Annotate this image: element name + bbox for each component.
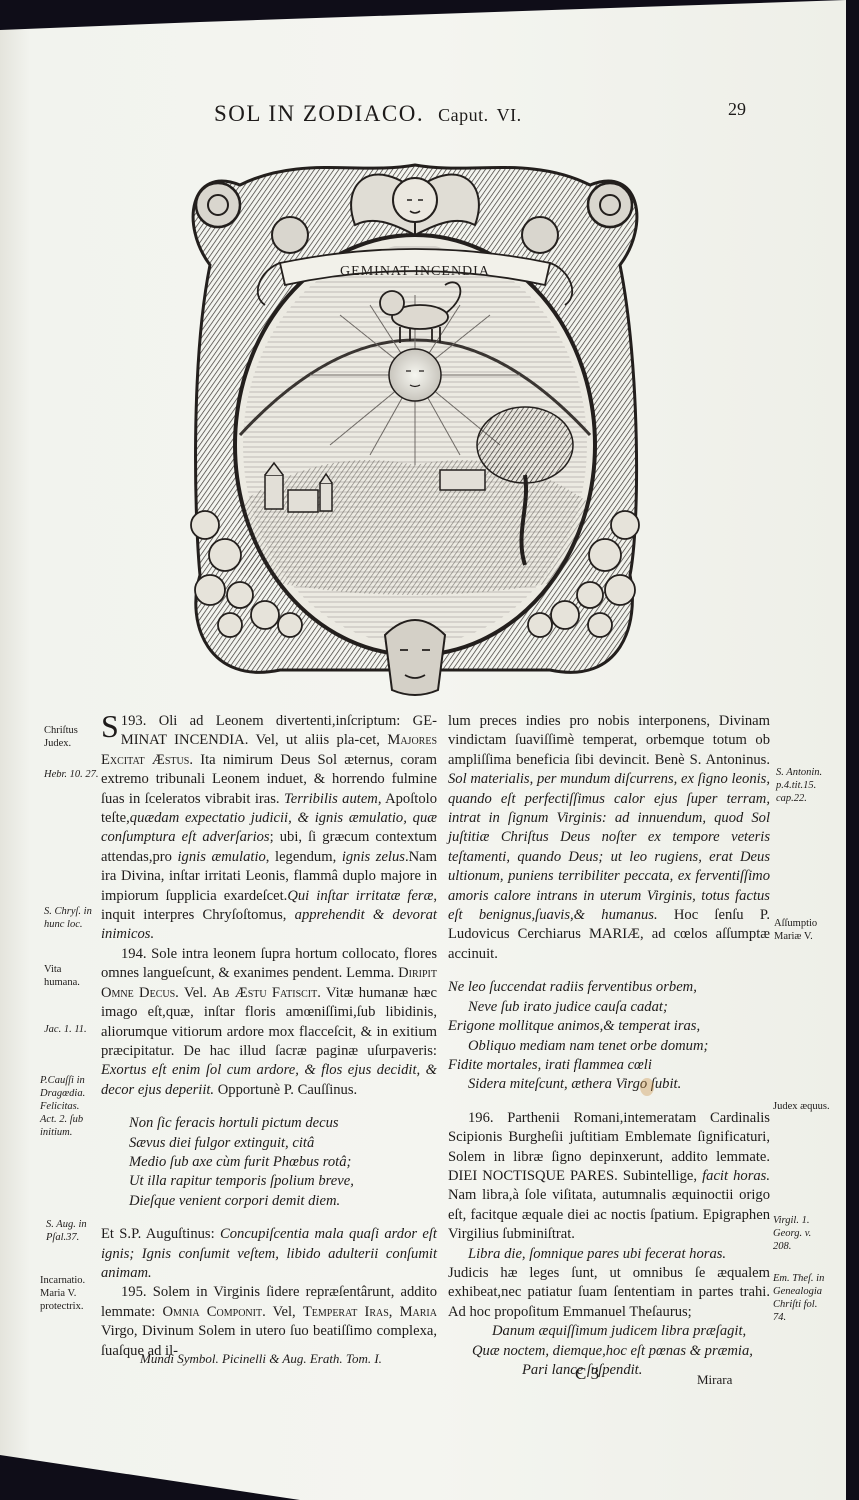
text-column-left: 193. SOli ad Leonem divertenti,inſcriptu… bbox=[101, 712, 437, 1361]
book-page: SOL IN ZODIACO.Caput.VI. 29 bbox=[0, 0, 846, 1500]
margin-note-right: Em. Theſ. in Genealogia Chriſti fol. 74. bbox=[773, 1272, 833, 1324]
paragraph-194: 194. Sole intra leonem ſupra hortum coll… bbox=[101, 945, 437, 1100]
emblem-engraving: GEMINAT INCENDIA bbox=[170, 145, 660, 700]
grotesque-mask bbox=[385, 620, 445, 695]
paragraph-195: 195. Solem in Virginis ſidere repræſentâ… bbox=[101, 1283, 437, 1361]
paragraph-195-continued: lum preces indies pro nobis interponens,… bbox=[448, 712, 770, 964]
signature-mark: C 3 bbox=[575, 1364, 599, 1384]
margin-note-left: Jac. 1. 11. bbox=[44, 1023, 99, 1036]
running-head: SOL IN ZODIACO.Caput.VI. bbox=[214, 101, 522, 127]
running-title: SOL IN ZODIACO. bbox=[214, 101, 424, 126]
catchword: Mirara bbox=[697, 1372, 732, 1388]
augustine-quote: Et S.P. Auguſtinus: Concupiſcentia mala … bbox=[101, 1225, 437, 1283]
margin-note-left: Vita humana. bbox=[44, 963, 96, 989]
svg-text:GEMINAT INCENDIA: GEMINAT INCENDIA bbox=[340, 264, 490, 279]
margin-note-left: S. Aug. in Pſal.37. bbox=[46, 1218, 98, 1244]
margin-note-right: Judex æquus. bbox=[773, 1100, 833, 1113]
page-number: 29 bbox=[728, 99, 746, 120]
paragraph-196-continued: Judicis hæ leges ſunt, ut omnibus ſe æqu… bbox=[448, 1264, 770, 1322]
footnote-source: Mundi Symbol. Picinelli & Aug. Erath. To… bbox=[140, 1351, 382, 1367]
verse-caussinus: Non ſic feracis hortuli pictum decus Sæv… bbox=[129, 1114, 437, 1211]
text-column-right: lum preces indies pro nobis interponens,… bbox=[448, 712, 770, 1380]
chapter-number: VI. bbox=[497, 105, 522, 125]
paper-stain bbox=[640, 1078, 654, 1096]
margin-note-left: S. Chryſ. in hunc loc. bbox=[44, 905, 100, 931]
margin-note-left: Hebr. 10. 27. bbox=[44, 768, 99, 781]
virgil-verse: Libra die, ſomnique pares ubi fecerat ho… bbox=[448, 1245, 770, 1264]
margin-note-left: Incarnatio. Maria V. protectrix. bbox=[40, 1274, 92, 1313]
margin-note-left: Chriſtus Judex. bbox=[44, 724, 99, 750]
paragraph-193: 193. SOli ad Leonem divertenti,inſcriptu… bbox=[101, 712, 437, 945]
verse-cerchiarus: Ne leo ſuccendat radiis ferventibus orbe… bbox=[448, 978, 770, 1094]
paragraph-196: 196. Parthenii Romani,intemeratam Cardin… bbox=[448, 1109, 770, 1245]
chapter-label: Caput. bbox=[438, 105, 489, 125]
drop-cap: S bbox=[101, 716, 119, 736]
margin-note-right: Aſſumptio Mariæ V. bbox=[774, 917, 836, 943]
margin-note-right: Virgil. 1. Georg. v. 208. bbox=[773, 1214, 831, 1253]
margin-note-right: S. Antonin. p.4.tit.15. cap.22. bbox=[776, 766, 836, 805]
margin-note-left: P.Cauſſi in Dragœdia. Felicitas. Act. 2.… bbox=[40, 1074, 98, 1139]
